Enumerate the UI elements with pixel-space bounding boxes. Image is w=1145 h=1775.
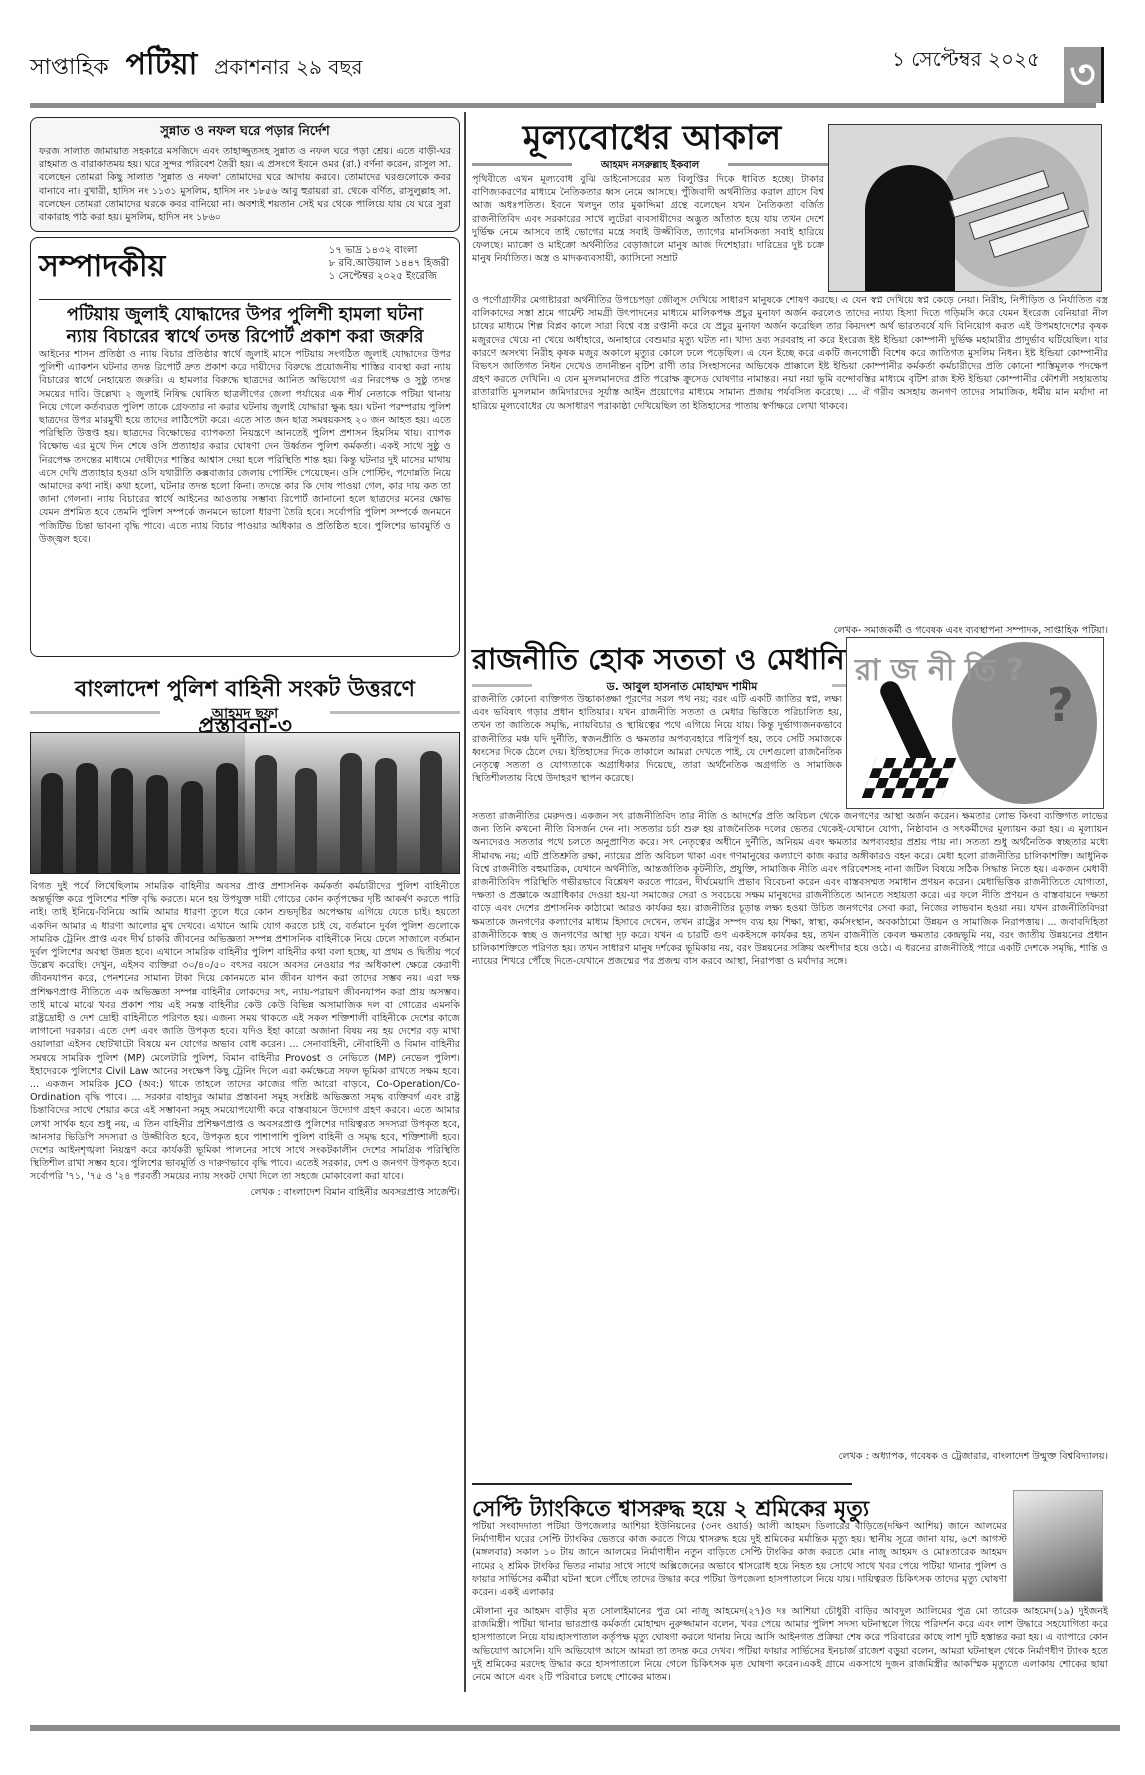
- editorial-body: আইনের শাসন প্রতিষ্ঠা ও ন্যায় বিচার প্রত…: [39, 348, 451, 546]
- column-divider: [464, 112, 466, 1692]
- mullobodh-text-bottom: ও পর্ণোগ্রাফীর মেগাষ্টাররা অর্থনীতির উপচ…: [472, 294, 1108, 413]
- question-mark-icon: ?: [1047, 678, 1074, 732]
- editorial-headline-1: পটিয়ায় জুলাই যোদ্ধাদের উপর পুলিশী হামল…: [39, 304, 451, 326]
- masthead: সাপ্তাহিক পটিয়া প্রকাশনার ২৯ বছর ১ সেপ্…: [30, 0, 1120, 105]
- mullobodh-body-top: পৃথিবীতে এখন মূল্যবোধ বুঝি ডাইনোসরের মত …: [472, 173, 824, 295]
- rajniti-illustration: রা জ নী তি ? ?: [846, 637, 1104, 809]
- army-soldiers-photo: [245, 733, 459, 873]
- septic-body-bottom: মৌলানা নুর আহমদ বাড়ীর মৃত সোলাইমানের পু…: [472, 1605, 1108, 1690]
- date-bangla: ১৭ ভাদ্র ১৪৩২ বাংলা: [329, 244, 449, 257]
- septic-text-top: পটিয়া সংবাদদাতা পটিয়া উপজেলার আশিয়া ই…: [472, 1520, 1007, 1599]
- footer-divider: [30, 1725, 1120, 1731]
- rajniti-text-top: রাজনীতি কোনো ব্যক্তিগত উচ্চাকাঙ্ক্ষা পূর…: [472, 693, 842, 785]
- police-article-photo: [30, 732, 460, 874]
- editorial-box: সম্পাদকীয় ১৭ ভাদ্র ১৪৩২ বাংলা ৮ রবি.আউয…: [30, 237, 460, 657]
- date-hijri: ৮ রবি.আউয়াল ১৪৪৭ হিজরী: [329, 257, 449, 270]
- issue-date: ১ সেপ্টেম্বর ২০২৫: [892, 45, 1040, 78]
- paper-name: পটিয়া: [126, 47, 198, 82]
- rajniti-body-bottom: সততা রাজনীতির মেরুদণ্ড। একজন সৎ রাজনীতিব…: [472, 810, 1108, 1450]
- sunnat-title: সুন্নাত ও নফল ঘরে পড়ার নির্দেশ: [39, 122, 451, 143]
- police-line-photo: [31, 733, 245, 873]
- editorial-divider: [39, 299, 451, 300]
- septic-body-top: পটিয়া সংবাদদাতা পটিয়া উপজেলার আশিয়া ই…: [472, 1520, 1007, 1605]
- paper-branding: সাপ্তাহিক পটিয়া প্রকাশনার ২৯ বছর: [30, 40, 363, 91]
- police-article-text: বিগত দুই পর্বে লিখেছিলাম সামরিক বাহিনীর …: [30, 880, 460, 1184]
- date-english: ১ সেপ্টেম্বর ২০২৫ ইংরেজি: [329, 270, 449, 283]
- paper-prefix: সাপ্তাহিক: [30, 55, 109, 80]
- police-article-author: আহমদ ছফা: [30, 702, 460, 726]
- person-silhouette-icon: [865, 165, 955, 292]
- police-article-signature: লেখক : বাংলাদেশ বিমান বাহিনীর অবসরপ্রাপ্…: [30, 1186, 460, 1201]
- septic-text-bottom: মৌলানা নুর আহমদ বাড়ীর মৃত সোলাইমানের পু…: [472, 1605, 1108, 1684]
- sunnat-body: ফরজ সালাত জামায়াত সহকারে মসজিদে এবং তাহ…: [39, 145, 451, 224]
- article-divider: [472, 1483, 852, 1485]
- editorial-section-title: সম্পাদকীয়: [39, 242, 165, 293]
- police-article-body: বিগত দুই পর্বে লিখেছিলাম সামরিক বাহিনীর …: [30, 880, 460, 1680]
- rajniti-text-bottom: সততা রাজনীতির মেরুদণ্ড। একজন সৎ রাজনীতিব…: [472, 810, 1108, 968]
- chessboard-icon: [862, 758, 957, 798]
- editorial-headline-2: ন্যায় বিচারের স্বার্থে তদন্ত রিপোর্ট প্…: [39, 326, 451, 348]
- publication-years: প্রকাশনার ২৯ বছর: [214, 55, 362, 79]
- mullobodh-illustration: [828, 124, 1102, 292]
- page-number-badge: ৩: [1064, 47, 1104, 103]
- mullobodh-text-top: পৃথিবীতে এখন মূল্যবোধ বুঝি ডাইনোসরের মত …: [472, 173, 824, 265]
- editorial-dates: ১৭ ভাদ্র ১৪৩২ বাংলা ৮ রবি.আউয়াল ১৪৪৭ হি…: [329, 244, 449, 283]
- mullobodh-body-bottom: ও পর্ণোগ্রাফীর মেগাষ্টাররা অর্থনীতির উপচ…: [472, 294, 1108, 624]
- rajniti-signature: লেখক : অধ্যাপক, গবেষক ও ট্রেজারার, বাংলা…: [472, 1450, 1108, 1465]
- rajniti-body-top: রাজনীতি কোনো ব্যক্তিগত উচ্চাকাঙ্ক্ষা পূর…: [472, 693, 842, 813]
- sunnat-notice-box: সুন্নাত ও নফল ঘরে পড়ার নির্দেশ ফরজ সালা…: [30, 117, 460, 232]
- septic-article-photo: [1013, 1490, 1103, 1602]
- masthead-divider: [30, 103, 1096, 108]
